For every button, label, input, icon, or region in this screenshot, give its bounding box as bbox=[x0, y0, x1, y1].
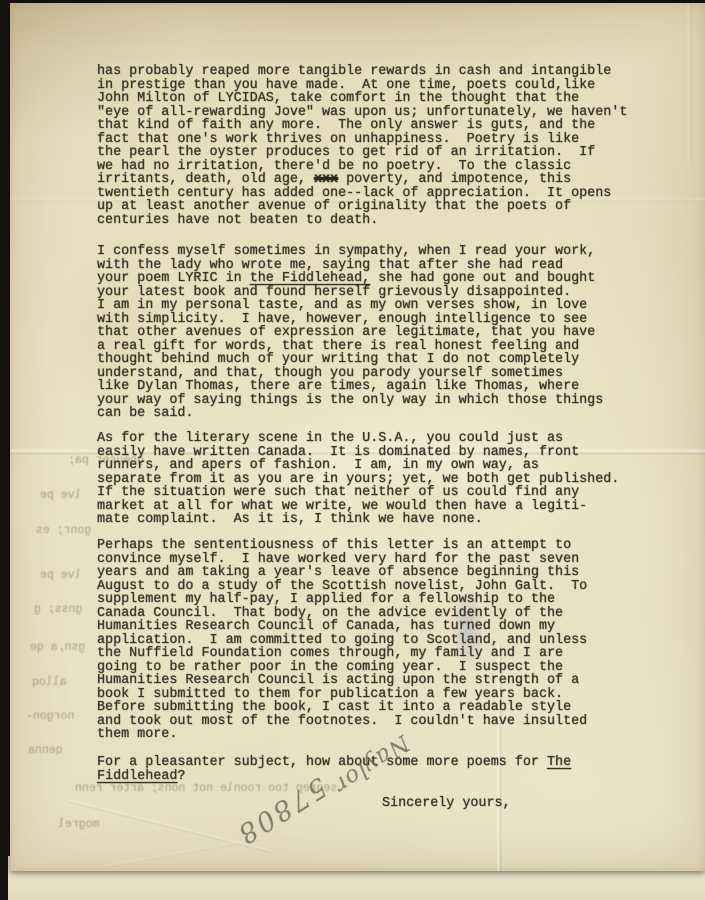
offset-ink-fragment: lve pe bbox=[40, 570, 81, 582]
letter-page: gheuser pa; lve pe gonr; es lve pe gnss;… bbox=[10, 3, 705, 871]
offset-ink-fragment: gnss; g bbox=[34, 604, 82, 616]
offset-ink-fragment: gonr; es bbox=[36, 525, 91, 537]
paragraph-2-text-cont: she had gone out and bought your latest … bbox=[97, 271, 603, 421]
paragraph-5-text-cont: ? bbox=[177, 769, 185, 784]
paragraph-2: I confess myself sometimes in sympathy, … bbox=[97, 245, 603, 421]
paragraph-4: Perhaps the sententiousness of this lett… bbox=[97, 539, 587, 742]
paragraph-3: As for the literary scene in the U.S.A.,… bbox=[97, 432, 619, 527]
offset-ink-fragment: alloq bbox=[32, 677, 67, 689]
offset-ink-fragment: gsn,a qe bbox=[30, 642, 85, 654]
edge-crease bbox=[686, 3, 692, 163]
paragraph-1: has probably reaped more tangible reward… bbox=[97, 65, 627, 227]
offset-ink-fragment: mogrel bbox=[58, 819, 99, 831]
offset-ink-fragment: norgon- bbox=[26, 711, 74, 723]
closing-salutation: Sincerely yours, bbox=[382, 797, 511, 811]
paragraph-1-text: has probably reaped more tangible reward… bbox=[97, 64, 627, 187]
offset-ink-fragment: qenna bbox=[28, 745, 63, 757]
offset-ink-fragment: lve pe bbox=[40, 490, 81, 502]
